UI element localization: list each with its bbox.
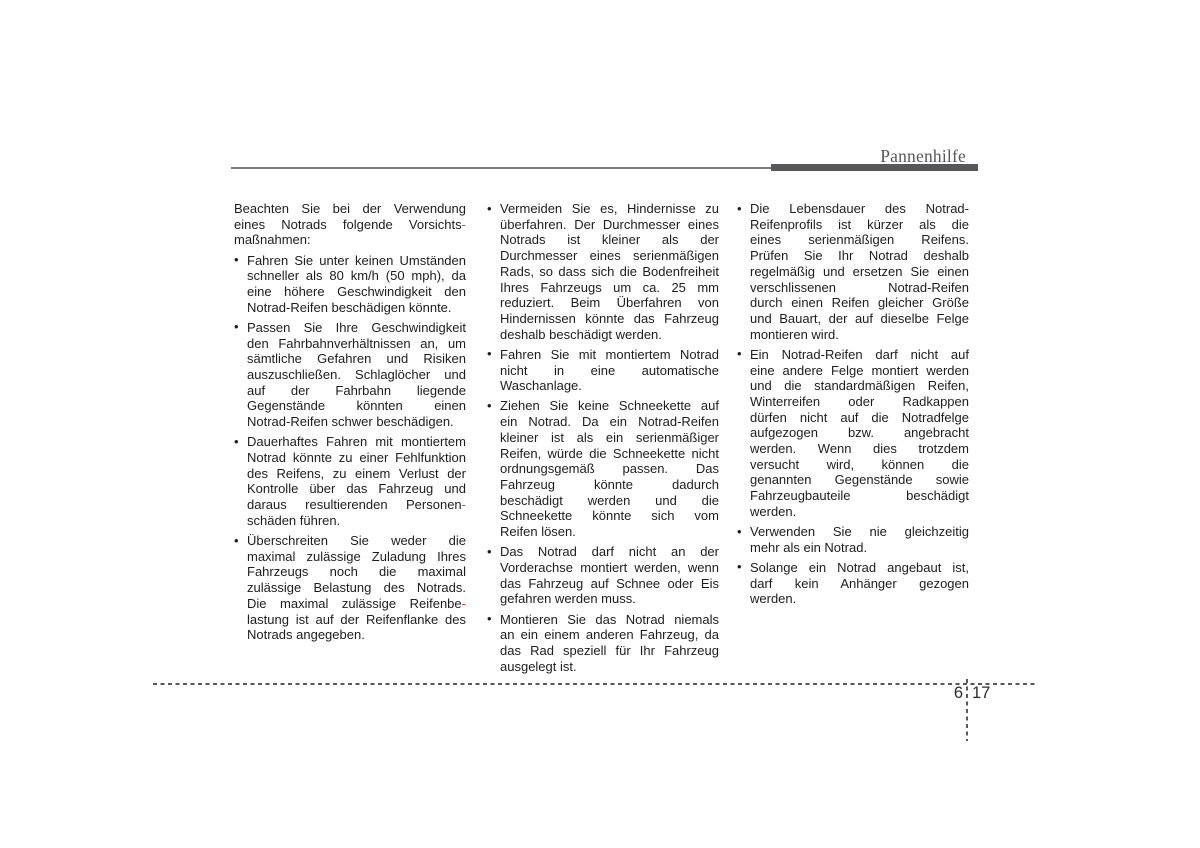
text-line: ein Notrad. Da ein Notrad-Reifen — [500, 414, 719, 430]
text-line: Notrad-Reifen schwer beschädigen. — [247, 414, 466, 430]
red-soft-hyphen: - — [462, 497, 466, 512]
bullet-item: •Die Lebensdauer des Notrad-Reifenprofil… — [737, 201, 969, 342]
text-line: Die Lebensdauer des Notrad- — [750, 201, 969, 217]
text-line: Durchmesser eines serienmäßigen — [500, 248, 719, 264]
text-line: Notrad könnte zu einer Fehlfunktion — [247, 450, 466, 466]
text-line: werden. — [750, 591, 969, 607]
text-line: maßnahmen: — [234, 232, 466, 248]
text-line: Notrads angegeben. — [247, 627, 466, 643]
footer-dashed-rule — [153, 683, 1036, 685]
red-soft-hyphen: - — [462, 217, 466, 232]
chapter-number: 6 — [954, 684, 963, 703]
text-line: Montieren Sie das Notrad niemals — [500, 612, 719, 628]
bullet-marker-icon: • — [737, 346, 742, 362]
text-line: Passen Sie Ihre Geschwindigkeit — [247, 320, 466, 336]
text-line: kleiner ist als ein serienmäßiger — [500, 430, 719, 446]
header-rule — [231, 167, 771, 169]
text-line: Fahrzeug könnte dadurch — [500, 477, 719, 493]
text-line: ausgelegt ist. — [500, 659, 719, 675]
text-column-1: Beachten Sie bei der Verwendungeines Not… — [234, 201, 466, 643]
red-soft-hyphen: - — [462, 596, 466, 611]
text-line: deshalb beschädigt werden. — [500, 327, 719, 343]
text-line: den Fahrbahnverhältnissen an, um — [247, 336, 466, 352]
manual-page: Pannenhilfe Beachten Sie bei der Verwend… — [0, 0, 1200, 848]
text-line: Kontrolle über das Fahrzeug und — [247, 481, 466, 497]
text-line: genannten Gegenstände sowie — [750, 472, 969, 488]
bullet-marker-icon: • — [234, 252, 239, 268]
text-line: Reifen lösen. — [500, 524, 719, 540]
bullet-marker-icon: • — [737, 201, 742, 217]
text-line: schäden führen. — [247, 513, 466, 529]
text-line: Gegenstände könnten einen — [247, 398, 466, 414]
text-line: gefahren werden muss. — [500, 591, 719, 607]
text-line: das Fahrzeug auf Schnee oder Eis — [500, 576, 719, 592]
text-line: auf der Fahrbahn liegende — [247, 383, 466, 399]
text-line: montieren wird. — [750, 327, 969, 343]
text-line: des Reifens, zu einem Verlust der — [247, 466, 466, 482]
text-line: Schneekette könnte sich vom — [500, 508, 719, 524]
text-line: Notrad-Reifen beschädigen könnte. — [247, 300, 466, 316]
text-line: Verwenden Sie nie gleichzeitig — [750, 524, 969, 540]
text-line: eines Notrads folgende Vorsichts- — [234, 217, 466, 233]
bullet-item: •Fahren Sie unter keinen Umständenschnel… — [234, 253, 466, 316]
text-line: Die maximal zulässige Reifenbe- — [247, 596, 466, 612]
bullet-marker-icon: • — [737, 524, 742, 540]
footer-dashed-divider — [966, 679, 968, 741]
text-line: sämtliche Gefahren und Risiken — [247, 351, 466, 367]
text-line: und die standardmäßigen Reifen, — [750, 378, 969, 394]
text-line: Hindernissen könnte das Fahrzeug — [500, 311, 719, 327]
text-line: ordnungsgemäß passen. Das — [500, 461, 719, 477]
text-line: werden. Wenn dies trotzdem — [750, 441, 969, 457]
text-line: daraus resultierenden Personen- — [247, 497, 466, 513]
bullet-item: •Fahren Sie mit montiertem Notradnicht i… — [487, 347, 719, 394]
bullet-marker-icon: • — [737, 559, 742, 575]
bullet-item: •Ziehen Sie keine Schneekette aufein Not… — [487, 398, 719, 539]
text-line: Rads, so dass sich die Bodenfreiheit — [500, 264, 719, 280]
bullet-marker-icon: • — [234, 533, 239, 549]
text-line: Vermeiden Sie es, Hindernisse zu — [500, 201, 719, 217]
text-line: Beachten Sie bei der Verwendung — [234, 201, 466, 217]
text-line: mehr als ein Notrad. — [750, 540, 969, 556]
text-line: versucht wird, können die — [750, 457, 969, 473]
text-line: Fahren Sie unter keinen Umständen — [247, 253, 466, 269]
bullet-marker-icon: • — [234, 434, 239, 450]
text-line: lastung ist auf der Reifenflanke des — [247, 612, 466, 628]
text-line: regelmäßig und ersetzen Sie einen — [750, 264, 969, 280]
bullet-item: •Dauerhaftes Fahren mit montiertemNotrad… — [234, 434, 466, 528]
text-column-3: •Die Lebensdauer des Notrad-Reifenprofil… — [737, 201, 969, 607]
bullet-marker-icon: • — [487, 544, 492, 560]
text-line: an ein einem anderen Fahrzeug, da — [500, 627, 719, 643]
bullet-marker-icon: • — [234, 319, 239, 335]
text-line: Ihres Fahrzeugs um ca. 25 mm — [500, 280, 719, 296]
text-line: Fahrzeugs noch die maximal — [247, 564, 466, 580]
text-line: durch einen Reifen gleicher Größe — [750, 295, 969, 311]
page-number: 17 — [972, 684, 990, 703]
bullet-item: •Solange ein Notrad angebaut ist,darf ke… — [737, 560, 969, 607]
text-line: zulässige Belastung des Notrads. — [247, 580, 466, 596]
text-line: Reifenprofils ist kürzer als die — [750, 217, 969, 233]
text-line: Notrads ist kleiner als der — [500, 232, 719, 248]
text-column-2: •Vermeiden Sie es, Hindernisse zuüberfah… — [487, 201, 719, 674]
text-line: aufgezogen bzw. angebracht — [750, 425, 969, 441]
text-line: Ziehen Sie keine Schneekette auf — [500, 398, 719, 414]
bullet-marker-icon: • — [487, 611, 492, 627]
bullet-item: •Verwenden Sie nie gleichzeitigmehr als … — [737, 524, 969, 555]
text-line: Prüfen Sie Ihr Notrad deshalb — [750, 248, 969, 264]
bullet-item: •Überschreiten Sie weder diemaximal zulä… — [234, 533, 466, 643]
bullet-item: •Montieren Sie das Notrad niemalsan ein … — [487, 612, 719, 675]
text-line: eine andere Felge montiert werden — [750, 363, 969, 379]
text-line: Ein Notrad-Reifen darf nicht auf — [750, 347, 969, 363]
text-line: Dauerhaftes Fahren mit montiertem — [247, 434, 466, 450]
text-line: Solange ein Notrad angebaut ist, — [750, 560, 969, 576]
text-line: und Bauart, der auf dieselbe Felge — [750, 311, 969, 327]
text-line: überfahren. Der Durchmesser eines — [500, 217, 719, 233]
text-line: maximal zulässige Zuladung Ihres — [247, 549, 466, 565]
bullet-item: •Vermeiden Sie es, Hindernisse zuüberfah… — [487, 201, 719, 342]
bullet-marker-icon: • — [487, 398, 492, 414]
bullet-item: •Ein Notrad-Reifen darf nicht aufeine an… — [737, 347, 969, 520]
text-line: das Rad speziell für Ihr Fahrzeug — [500, 643, 719, 659]
text-line: eine höhere Geschwindigkeit den — [247, 284, 466, 300]
header-accent-bar — [771, 164, 978, 171]
text-line: eines serienmäßigen Reifens. — [750, 232, 969, 248]
bullet-marker-icon: • — [487, 201, 492, 217]
text-line: Fahren Sie mit montiertem Notrad — [500, 347, 719, 363]
text-line: Überschreiten Sie weder die — [247, 533, 466, 549]
text-line: nicht in eine automatische — [500, 363, 719, 379]
bullet-item: •Das Notrad darf nicht an derVorderachse… — [487, 544, 719, 607]
text-line: auszuschließen. Schlaglöcher und — [247, 367, 466, 383]
text-line: verschlissenen Notrad-Reifen — [750, 280, 969, 296]
text-line: werden. — [750, 504, 969, 520]
text-line: Fahrzeugbauteile beschädigt — [750, 488, 969, 504]
bullet-marker-icon: • — [487, 346, 492, 362]
text-line: dürfen nicht auf die Notradfelge — [750, 410, 969, 426]
text-line: darf kein Anhänger gezogen — [750, 576, 969, 592]
text-line: Vorderachse montiert werden, wenn — [500, 560, 719, 576]
text-line: schneller als 80 km/h (50 mph), da — [247, 268, 466, 284]
text-line: Reifen, würde die Schneekette nicht — [500, 446, 719, 462]
bullet-item: •Passen Sie Ihre Geschwindigkeitden Fahr… — [234, 320, 466, 430]
text-line: reduziert. Beim Überfahren von — [500, 295, 719, 311]
text-line: Winterreifen oder Radkappen — [750, 394, 969, 410]
text-line: Das Notrad darf nicht an der — [500, 544, 719, 560]
intro-paragraph: Beachten Sie bei der Verwendungeines Not… — [234, 201, 466, 248]
text-line: Waschanlage. — [500, 378, 719, 394]
text-line: beschädigt werden und die — [500, 493, 719, 509]
